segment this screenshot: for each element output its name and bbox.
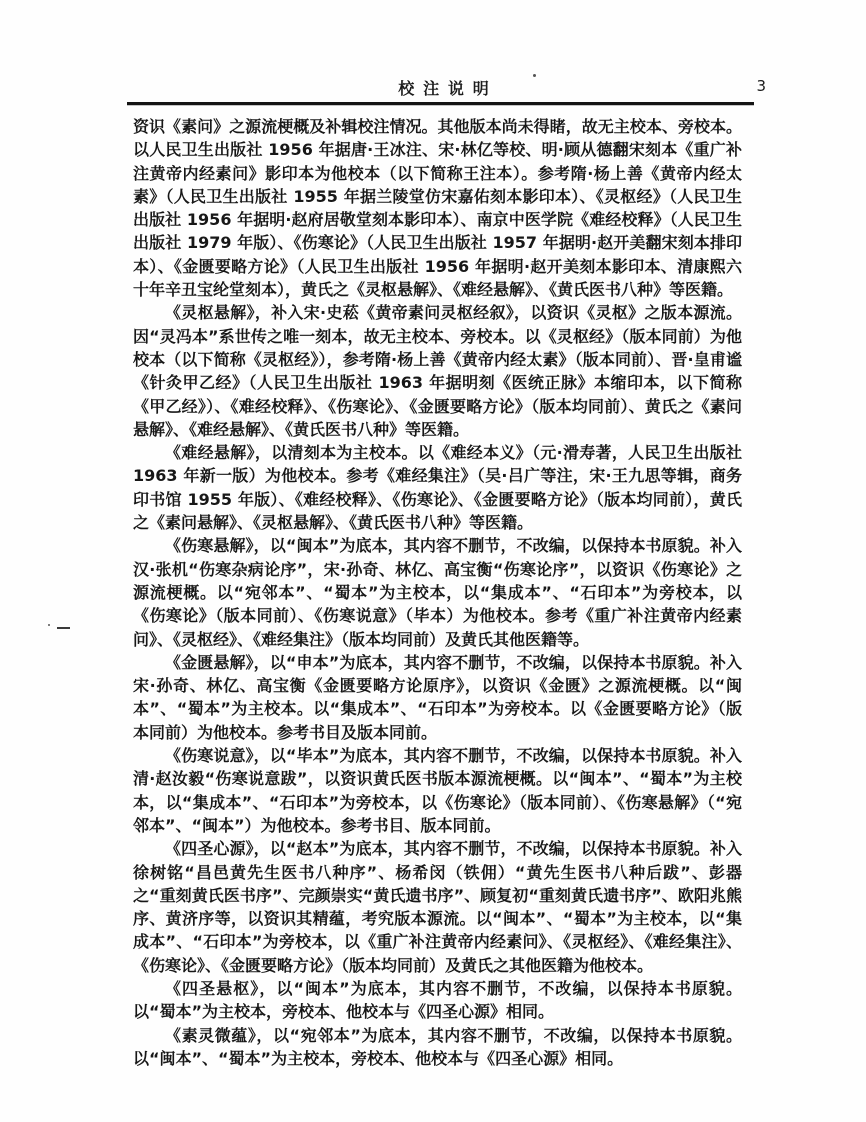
page-header: 校注说明 3 [127, 76, 760, 100]
paragraph-suling-weiyun: 《素灵微蕴》，以“宛邻本”为底本，其内容不删节，不改编，以保持本书原貌。以“闽本… [133, 1024, 742, 1071]
paragraph-lingshu-xuanjie: 《灵枢悬解》，补入宋·史菘《黄帝素问灵枢经叙》，以资识《灵枢》之版本源流。因“灵… [133, 301, 742, 441]
scan-artifact-margin-dash [57, 627, 70, 629]
paragraph-sisheng-xuanshu: 《四圣悬枢》，以“闽本”为底本，其内容不删节，不改编，以保持本书原貌。以“蜀本”… [133, 977, 742, 1024]
paragraph-shanghan-xuanjie: 《伤寒悬解》，以“闽本”为底本，其内容不删节，不改编，以保持本书原貌。补入汉·张… [133, 534, 742, 650]
scan-artifact-dot [533, 74, 536, 77]
text-body: 资识《素问》之源流梗概及补辑校注情况。其他版本尚未得睹，故无主校本、旁校本。以人… [133, 115, 742, 1070]
paragraph-nanjing-xuanjie: 《难经悬解》，以清刻本为主校本。以《难经本义》（元·滑寿著，人民卫生出版社 19… [133, 441, 742, 534]
scan-artifact-dot [48, 624, 50, 626]
scan-artifact-dot [548, 891, 551, 894]
book-page: 校注说明 3 资识《素问》之源流梗概及补辑校注情况。其他版本尚未得睹，故无主校本… [0, 0, 866, 1122]
page-number: 3 [756, 77, 766, 95]
paragraph-jingui-xuanjie: 《金匮悬解》，以“申本”为底本，其内容不删节，不改编，以保持本书原貌。补入宋·孙… [133, 651, 742, 744]
paragraph-sisheng-xinyuan: 《四圣心源》，以“赵本”为底本，其内容不删节，不改编，以保持本书原貌。补入徐树铭… [133, 837, 742, 977]
page-title: 校注说明 [127, 76, 760, 99]
paragraph-suwen-continued: 资识《素问》之源流梗概及补辑校注情况。其他版本尚未得睹，故无主校本、旁校本。以人… [133, 115, 742, 301]
header-rule [127, 102, 754, 105]
paragraph-shanghan-shuoyi: 《伤寒说意》，以“毕本”为底本，其内容不删节，不改编，以保持本书原貌。补入清·赵… [133, 744, 742, 837]
